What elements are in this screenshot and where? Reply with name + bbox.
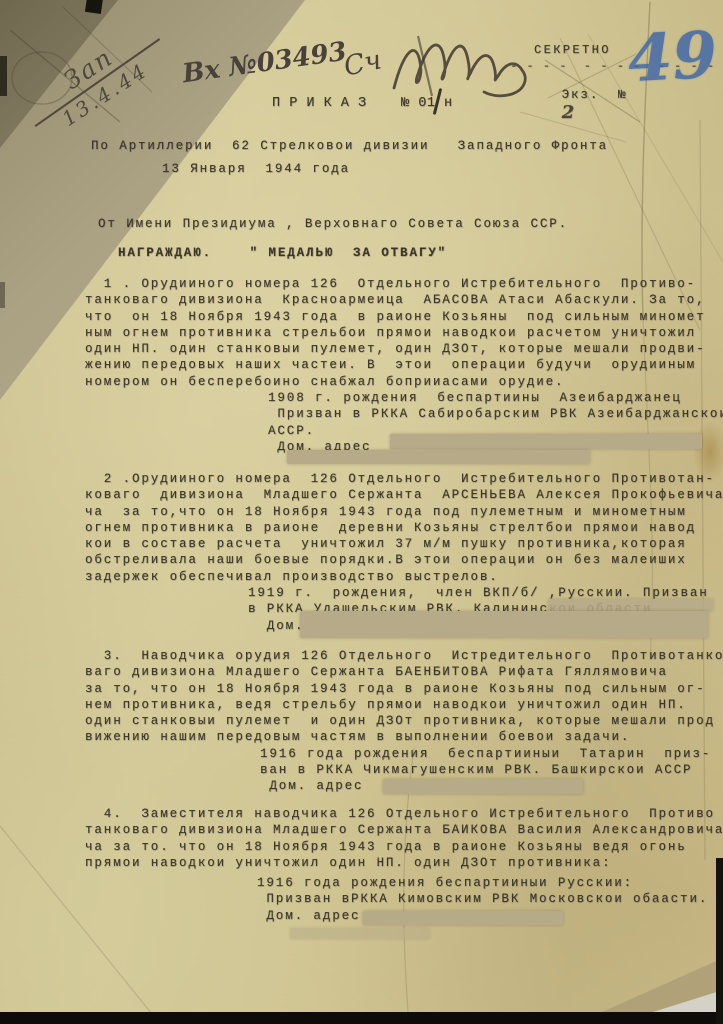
soldier-info-line: Призван в РККА Сабиробарским РВК Азеибар…: [268, 406, 715, 422]
award-line: НАГРАЖДАЮ. " МЕДАЛЬЮ ЗА ОТВАГУ": [118, 246, 447, 260]
citation-text-line: танковаго дивизиона Младшего Сержанта БА…: [85, 822, 715, 838]
citation-text-line: один НП. один станковыи пулемет, один ДЗ…: [85, 341, 715, 357]
order-subject-line: По Артиллерии 62 Стрелковои дивизии Запа…: [91, 139, 608, 153]
citation-text-line: танковаго дивизиона Красноармеица АБАСОВ…: [85, 292, 715, 308]
citation-text-line: 3. Наводчика орудия 126 Отдельного Истре…: [85, 648, 715, 664]
citation-text-line: ча за то. что он 18 Ноября 1943 года в р…: [85, 839, 715, 855]
soldier-info-line: ван в РККА Чикмагушенским РВК. Башкирско…: [260, 762, 715, 778]
citation-1: 1 . Орудииного номера 126 Отдельного Ист…: [85, 276, 715, 455]
redaction-block: [363, 911, 563, 925]
preamble-line: От Имени Президиума , Верховнаго Совета …: [98, 217, 568, 231]
citation-text-line: жению передовых наших частеи. В этои опе…: [85, 357, 715, 373]
scanned-order-document: Зап 13.4.44 Вх №03493 Сч СЕКРЕТНО - - - …: [0, 0, 723, 1024]
secret-label: СЕКРЕТНО: [534, 43, 611, 57]
citation-text-line: обстреливала наши боевые порядки.В этои …: [85, 552, 715, 568]
citation-text-line: огнем противника в раионе деревни Козьян…: [85, 520, 715, 536]
citation-text-line: нем противника, ведя стрельбу прямои нав…: [85, 697, 715, 713]
filing-note: Зап 13.4.44: [13, 13, 178, 148]
order-date-line: 13 Января 1944 года: [162, 162, 350, 176]
copy-number-digit: 2: [562, 102, 576, 123]
citation-text-line: коваго дивизиона Младшего Сержанта АРСЕН…: [85, 487, 715, 503]
citation-text-line: кои в составе расчета уничтожил 37 м/м п…: [85, 536, 715, 552]
copy-number-label: Экз. №: [562, 88, 628, 102]
redaction-block: [548, 599, 713, 611]
redaction-block: [290, 928, 430, 939]
edge-mark: [0, 282, 5, 308]
soldier-info-line: 1908 г. рождения беспартиины Азеибарджан…: [268, 390, 715, 406]
order-title: П Р И К А З № 01 н: [272, 96, 453, 111]
redaction-block: [383, 779, 583, 794]
citation-text-line: ваго дивизиона Младшего Сержанта БАЕНБИТ…: [85, 664, 715, 680]
citation-text-line: ча за то,что он 18 Ноября 1943 года под …: [85, 504, 715, 520]
scan-edge-right: [716, 858, 723, 1024]
copy-number: Экз. № 2: [524, 74, 627, 137]
citation-text-line: задержек обеспечивал производство выстре…: [85, 569, 715, 585]
citation-text-line: один станковыи пулемет и один ДЗОт проти…: [85, 713, 715, 729]
soldier-info-line: 1916 года рождения беспартииныи Татарин …: [260, 746, 715, 762]
citation-4: 4. Заместителя наводчика 126 Отдельного …: [85, 806, 715, 924]
soldier-info-line: 1916 года рождения беспартииныи Русскии:: [257, 875, 715, 891]
citation-text-line: за то, что он 18 Ноября 1943 года в раио…: [85, 681, 715, 697]
citation-text-line: что он 18 Ноября 1943 года в раионе Козь…: [85, 309, 715, 325]
citation-text-line: 1 . Орудииного номера 126 Отдельного Ист…: [85, 276, 715, 292]
citation-text-line: 4. Заместителя наводчика 126 Отдельного …: [85, 806, 715, 822]
citation-text-line: вижению нашим передовым частям в выполне…: [85, 729, 715, 745]
citation-text-line: ным огнем противника стрельбои прямои на…: [85, 325, 715, 341]
redaction-block: [390, 434, 702, 449]
citation-text-line: прямои наводкои уничтожил один НП. один …: [85, 855, 715, 871]
scan-edge-bottom: [0, 1012, 723, 1024]
edge-mark: [0, 56, 7, 96]
redaction-block: [300, 611, 708, 638]
redaction-block: [287, 450, 590, 464]
citation-text-line: номером он бесперебоино снабжал боприиас…: [85, 374, 715, 390]
check-note: Сч: [341, 44, 384, 82]
incoming-number: Вх №03493: [181, 37, 349, 90]
citation-3: 3. Наводчика орудия 126 Отдельного Истре…: [85, 648, 715, 795]
blue-page-number: 49: [626, 18, 719, 98]
torn-notch: [85, 0, 103, 14]
citation-text-line: 2 .Орудииного номера 126 Отдельного Истр…: [85, 471, 715, 487]
soldier-info-line: Призван вРККА Кимовским РВК Московскои о…: [257, 891, 715, 907]
